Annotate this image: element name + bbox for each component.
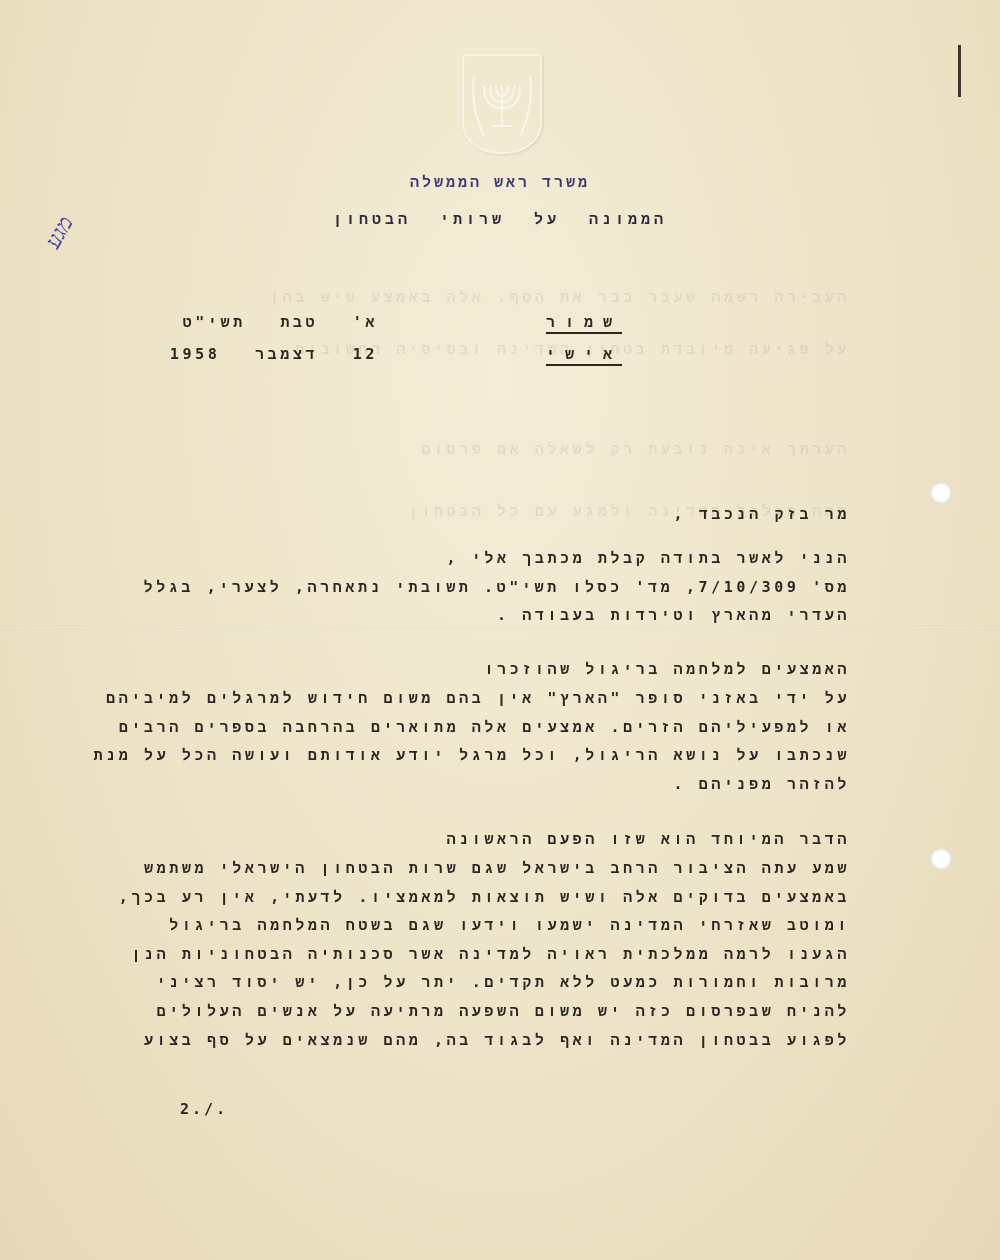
letterhead-office: משרד ראש הממשלה xyxy=(0,173,1000,192)
text-line: להניח שבפרסום כזה יש משום השפעה מרתיעה ע… xyxy=(157,1002,850,1021)
text-line: מס' 7/10/309, מד' כסלו תשי"ט. תשובתי נתא… xyxy=(144,578,850,597)
text-line: מרובות וחמורות כמעט ללא תקדים. יתר על כן… xyxy=(157,973,850,992)
text-line: על ידי באזני סופר "הארץ" אין בהם משום חי… xyxy=(106,689,850,708)
text-line: הגענו לרמה ממלכתית ראויה למדינה אשר סכנו… xyxy=(131,945,850,964)
state-emblem-embossed xyxy=(462,54,542,154)
date-gregorian: 12 דצמבר 1958 xyxy=(170,345,378,364)
text-line: שנכתבו על נושא הריגול, וכל מרגל יודע אוד… xyxy=(94,746,850,765)
page-continuation-marker: 2./. xyxy=(180,1100,228,1118)
text-line: העדרי מהארץ וטירדות בעבודה . xyxy=(497,606,850,625)
letterhead-department: הממונה על שרותי הבטחון xyxy=(0,210,1000,229)
salutation: מר בזק הנכבד , xyxy=(673,505,850,524)
text-line: הנני לאשר בתודה קבלת מכתבך אלי , xyxy=(447,549,850,568)
margin-mark xyxy=(958,45,961,97)
date-hebrew: א' טבת תשי"ט xyxy=(183,313,378,332)
text-line: להזהר מפניהם . xyxy=(673,775,850,794)
classification-personal: אישי xyxy=(546,345,622,364)
text-line: שמע עתה הציבור הרחב בישראל שגם שרות הבטח… xyxy=(144,859,850,878)
paper-fold-line xyxy=(0,626,1000,629)
text-line: הדבר המיוחד הוא שזו הפעם הראשונה xyxy=(447,830,850,849)
punch-hole-bottom xyxy=(930,848,952,870)
text-line: או למפעיליהם הזרים. אמצעים אלה מתוארים ב… xyxy=(119,718,850,737)
classification-secret: שמור xyxy=(546,313,622,332)
text-line: באמצעים בדוקים אלה ושיש תוצאות למאמציו. … xyxy=(119,888,850,907)
punch-hole-top xyxy=(930,482,952,504)
text-line: האמצעים למלחמה בריגול שהוזכרו xyxy=(484,660,850,679)
text-line: לפגוע בבטחון המדינה ואף לבגוד בה, מהם שנ… xyxy=(144,1031,850,1050)
text-line: ומוטב שאזרחי המדינה ישמעו וידעו שגם בשטח… xyxy=(169,916,850,935)
